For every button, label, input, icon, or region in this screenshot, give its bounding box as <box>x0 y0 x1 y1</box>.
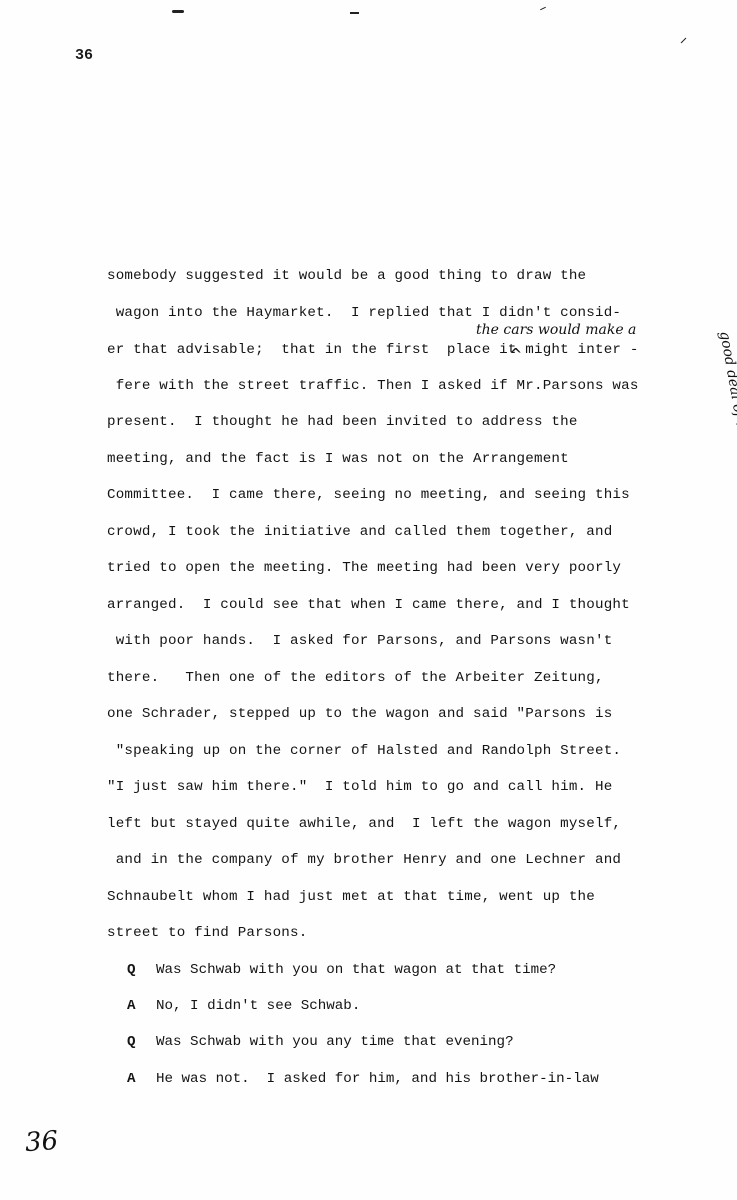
body-line: crowd, I took the initiative and called … <box>107 524 612 540</box>
body-line: fere with the street traffic. Then I ask… <box>107 378 639 394</box>
body-line: er that advisable; that in the first pla… <box>107 342 639 358</box>
qa-label-answer: A <box>127 998 136 1014</box>
scan-speck <box>172 10 184 13</box>
body-line: Committee. I came there, seeing no meeti… <box>107 487 630 503</box>
body-line: there. Then one of the editors of the Ar… <box>107 670 604 686</box>
document-page: 36 somebody suggested it would be a good… <box>0 0 737 1200</box>
body-line: "I just saw him there." I told him to go… <box>107 779 612 795</box>
qa-answer-text: No, I didn't see Schwab. <box>156 998 360 1014</box>
body-line: with poor hands. I asked for Parsons, an… <box>107 633 612 649</box>
page-number: 36 <box>75 47 93 64</box>
body-line: arranged. I could see that when I came t… <box>107 597 630 613</box>
body-line: meeting, and the fact is I was not on th… <box>107 451 569 467</box>
scan-speck <box>540 7 546 10</box>
qa-label-answer: A <box>127 1071 136 1087</box>
handwritten-page-number: 36 <box>24 1126 59 1158</box>
body-line: "speaking up on the corner of Halsted an… <box>107 743 621 759</box>
qa-question-text: Was Schwab with you any time that evenin… <box>156 1034 514 1050</box>
body-line: present. I thought he had been invited t… <box>107 414 578 430</box>
body-line: somebody suggested it would be a good th… <box>107 268 586 284</box>
qa-label-question: Q <box>127 962 136 978</box>
scan-speck <box>681 38 687 44</box>
body-line: wagon into the Haymarket. I replied that… <box>107 305 621 321</box>
body-line: tried to open the meeting. The meeting h… <box>107 560 621 576</box>
scan-speck <box>350 12 359 14</box>
body-line: street to find Parsons. <box>107 925 307 941</box>
body-line: left but stayed quite awhile, and I left… <box>107 816 621 832</box>
body-line: one Schrader, stepped up to the wagon an… <box>107 706 612 722</box>
body-line: and in the company of my brother Henry a… <box>107 852 621 868</box>
body-line: Schnaubelt whom I had just met at that t… <box>107 889 595 905</box>
qa-question-text: Was Schwab with you on that wagon at tha… <box>156 962 556 978</box>
handwritten-margin-note: good deal of noise) and in the second pl… <box>716 330 737 635</box>
qa-label-question: Q <box>127 1034 136 1050</box>
handwritten-insertion: the cars would make a <box>476 322 636 338</box>
qa-answer-text: He was not. I asked for him, and his bro… <box>156 1071 599 1087</box>
insertion-caret: ^ <box>509 345 522 364</box>
